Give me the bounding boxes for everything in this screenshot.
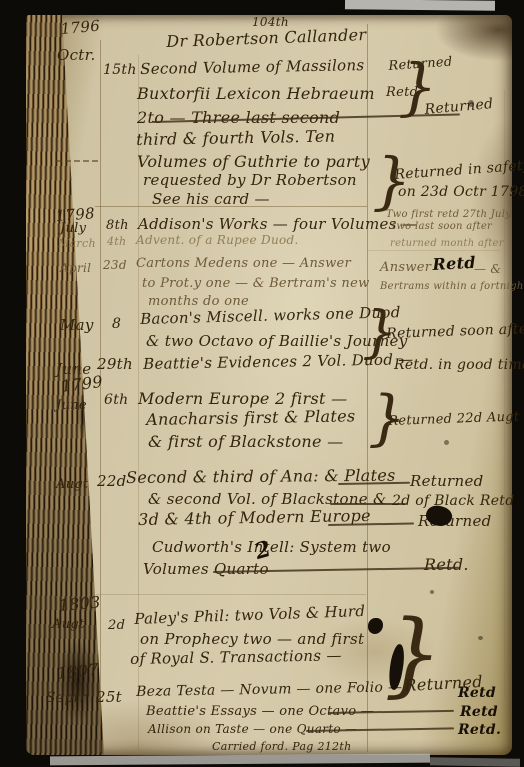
entry-annotation: Answer [380, 260, 431, 275]
entry-line: on Prophecy two — and first [140, 630, 364, 648]
entry-day: 29th [97, 355, 133, 373]
entry-month: May [60, 316, 94, 334]
background-sliver-top [345, 0, 495, 11]
entry-line: Volumes Quarto [143, 560, 269, 578]
entry-annotation: Returned [410, 472, 484, 490]
entry-annotation: Retd. in good time [394, 357, 524, 373]
entry-month: April [60, 261, 91, 275]
entry-day: 8th [106, 218, 129, 233]
entry-day: 6th [104, 392, 128, 408]
entry-annotation: returned month after [390, 238, 504, 249]
entry-line: Buxtorfii Lexicon Hebraeum [137, 84, 375, 103]
background-sliver-bottom [50, 754, 430, 766]
entry-line: Modern Europe 2 first — [138, 389, 347, 408]
entry-line: See his card — [152, 190, 270, 208]
background-sliver-bottom-right [430, 757, 520, 767]
ink-speck [478, 636, 483, 640]
entry-month: Augt [56, 477, 89, 492]
entry-day: 8 [112, 316, 121, 332]
entry-annotation: on 23d Octr 1798 - [398, 184, 524, 200]
entry-line: & first of Blackstone — [148, 432, 344, 451]
entry-day: 23d [103, 258, 127, 272]
entry-separator-line [368, 250, 500, 251]
entry-annotation: 2d of Black Retd [392, 493, 514, 509]
entry-day: 4th [107, 235, 126, 248]
entry-annotation: Retd [460, 704, 498, 720]
entry-line: Volumes of Guthrie to party [137, 152, 370, 171]
entry-line: to Prot.y one — & Bertram's new [142, 276, 370, 291]
entry-annotation: Retd. [458, 722, 501, 738]
entry-line: requested by Dr Robertson [143, 171, 357, 189]
entry-month: March [58, 237, 96, 250]
entry-day: 15th [103, 62, 137, 78]
entry-separator-line [96, 594, 366, 595]
manuscript-photo: 1796 Octr. 104th Dr Robertson Callander … [0, 0, 524, 767]
margin-dashes [56, 160, 98, 162]
margin-year: 1803 [58, 592, 101, 615]
entry-month: July [60, 221, 86, 236]
column-rule-right-edge [504, 90, 505, 700]
entry-day: 2d [108, 618, 125, 633]
entry-annotation: Retd [432, 253, 476, 274]
ink-speck [444, 440, 449, 445]
entry-annotation: Bertrams within a fortnight [380, 281, 524, 292]
entry-annotation: two last soon after [392, 221, 492, 232]
column-rule-month [100, 40, 101, 752]
ink-speck [468, 100, 474, 107]
entry-month: Septr [46, 690, 87, 706]
carried-forward-note: Carried ford. Pag 212th [212, 740, 351, 753]
entry-month: Augt [52, 617, 85, 632]
ink-speck [430, 590, 434, 594]
entry-line: Advent. of a Rupee Duod. [136, 233, 299, 247]
entry-day: 22d [97, 472, 127, 490]
entry-annotation: Retd [458, 685, 496, 701]
margin-year: 1796 [60, 17, 101, 38]
entry-line: third & fourth Vols. Ten [136, 127, 335, 149]
entry-line: of Royal S. Transactions — [130, 646, 342, 668]
margin-month: Octr. [57, 46, 96, 64]
entry-line: Cartons Medens one — Answer [136, 256, 351, 271]
entry-line: Addison's Works — four Volumes — [138, 215, 417, 233]
entry-annotation: Retd. [424, 555, 469, 574]
entry-month: June [56, 398, 87, 413]
entry-annotation: — & [474, 262, 501, 276]
entry-line: Anacharsis first & Plates [146, 406, 356, 429]
entry-annotation: Two first retd 27th July [386, 209, 511, 220]
entry-day: 25t [96, 688, 122, 706]
